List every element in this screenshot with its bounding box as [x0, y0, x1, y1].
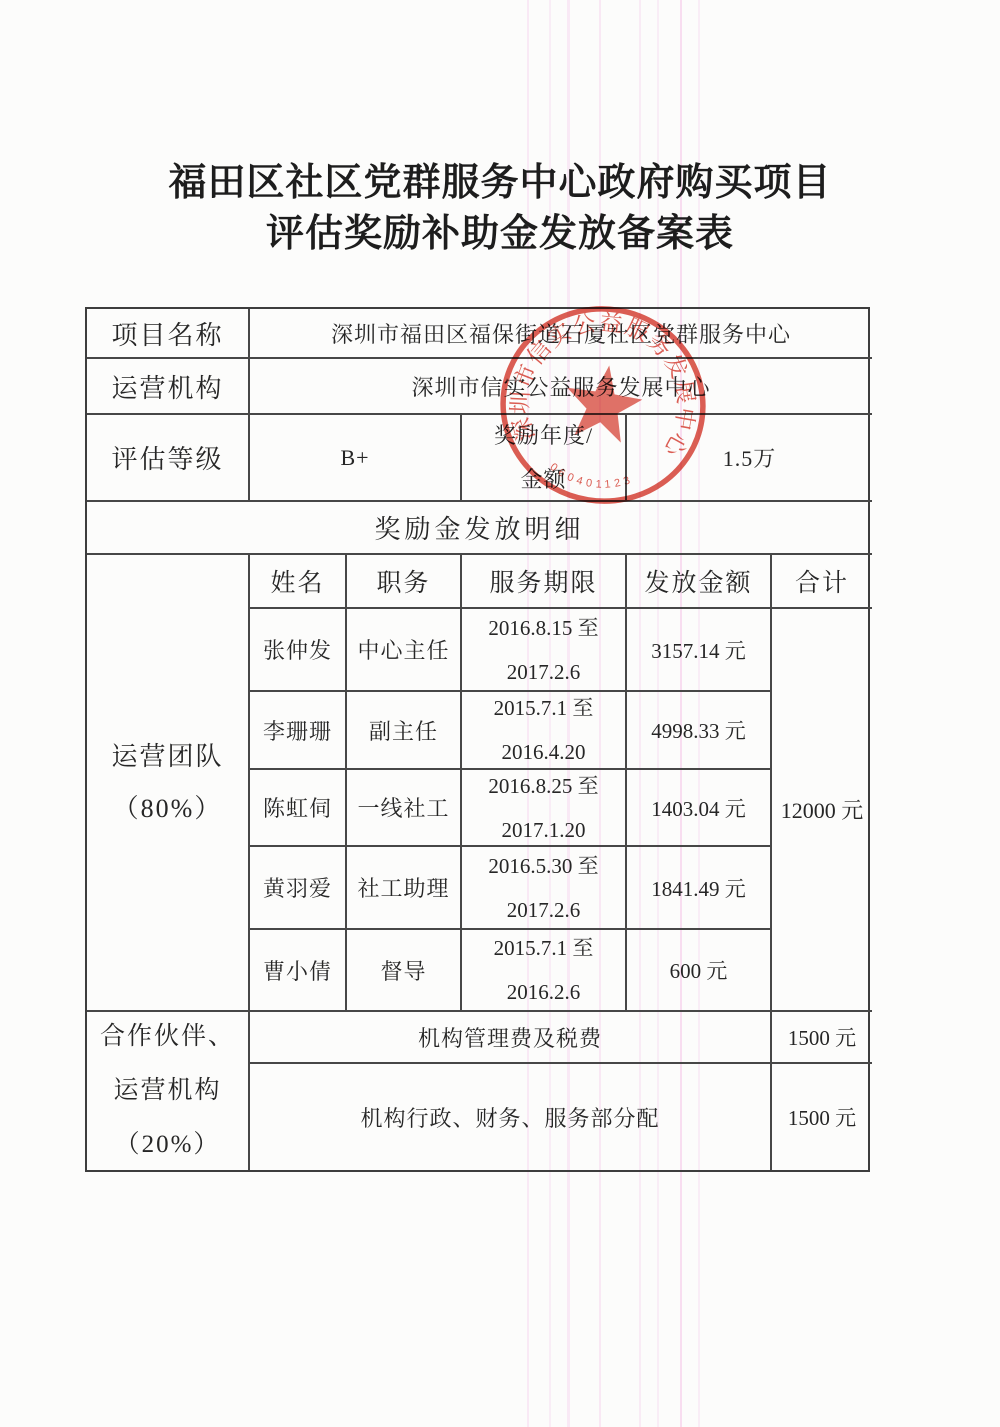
team-group-label: 运营团队 （80%） [87, 555, 250, 1012]
period-start: 2016.8.15 至 [488, 609, 598, 650]
grade-value: B+ [250, 415, 462, 502]
period-start: 2016.8.25 至 [488, 770, 598, 808]
period-end: 2016.4.20 [502, 730, 586, 770]
operator-value: 深圳市信实公益服务发展中心 [250, 359, 872, 415]
column-header-position: 职务 [347, 555, 462, 609]
table-cell-period: 2016.8.15 至 2017.2.6 [462, 609, 627, 692]
record-form-table: 项目名称 深圳市福田区福保街道石厦社区党群服务中心 运营机构 深圳市信实公益服务… [85, 307, 870, 1172]
team-group-line2: （80%） [113, 783, 223, 835]
partner-item: 机构管理费及税费 [250, 1012, 772, 1064]
reward-label-line1: 奖励年度/ [494, 415, 593, 458]
document-title-line2: 评估奖励补助金发放备案表 [0, 209, 1000, 260]
operator-label: 运营机构 [87, 359, 250, 415]
team-total-value: 12000 元 [772, 609, 872, 1012]
table-cell-period: 2016.5.30 至 2017.2.6 [462, 847, 627, 930]
period-end: 2017.1.20 [502, 808, 586, 848]
table-cell-position: 中心主任 [347, 609, 462, 692]
period-end: 2016.2.6 [507, 970, 581, 1012]
scanned-document-page: 福田区社区党群服务中心政府购买项目 评估奖励补助金发放备案表 项目名称 深圳市福… [0, 0, 1000, 1427]
column-header-name: 姓名 [250, 555, 347, 609]
table-cell-amount: 4998.33 元 [627, 692, 772, 770]
table-cell-amount: 1403.04 元 [627, 770, 772, 847]
table-cell-position: 一线社工 [347, 770, 462, 847]
partner-item: 机构行政、财务、服务部分配 [250, 1064, 772, 1170]
table-cell-name: 张仲发 [250, 609, 347, 692]
project-name-label: 项目名称 [87, 309, 250, 359]
section-title: 奖励金发放明细 [87, 502, 872, 555]
partner-group-line2: 运营机构 [113, 1064, 221, 1118]
grade-label: 评估等级 [87, 415, 250, 502]
document-title-line1: 福田区社区党群服务中心政府购买项目 [0, 158, 1000, 209]
period-end: 2017.2.6 [507, 650, 581, 693]
team-group-line1: 运营团队 [111, 731, 223, 783]
column-header-total: 合计 [772, 555, 872, 609]
reward-amount-value: 1.5万 [627, 415, 872, 502]
period-start: 2015.7.1 至 [494, 692, 594, 730]
column-header-amount: 发放金额 [627, 555, 772, 609]
table-cell-name: 李珊珊 [250, 692, 347, 770]
table-cell-amount: 1841.49 元 [627, 847, 772, 930]
document-title: 福田区社区党群服务中心政府购买项目 评估奖励补助金发放备案表 [0, 158, 1000, 260]
table-cell-period: 2016.8.25 至 2017.1.20 [462, 770, 627, 847]
reward-year-amount-label: 奖励年度/ 金额 [462, 415, 627, 502]
table-cell-period: 2015.7.1 至 2016.2.6 [462, 930, 627, 1012]
project-name-value: 深圳市福田区福保街道石厦社区党群服务中心 [250, 309, 872, 359]
table-cell-position: 督导 [347, 930, 462, 1012]
partner-amount: 1500 元 [772, 1012, 872, 1064]
table-cell-position: 社工助理 [347, 847, 462, 930]
partner-group-line3: （20%） [115, 1118, 221, 1170]
column-header-period: 服务期限 [462, 555, 627, 609]
table-cell-name: 陈虹伺 [250, 770, 347, 847]
period-end: 2017.2.6 [507, 888, 581, 931]
table-cell-position: 副主任 [347, 692, 462, 770]
table-cell-amount: 600 元 [627, 930, 772, 1012]
partner-group-label: 合作伙伴、 运营机构 （20%） [87, 1012, 250, 1170]
period-start: 2016.5.30 至 [488, 847, 598, 888]
table-cell-name: 曹小倩 [250, 930, 347, 1012]
period-start: 2015.7.1 至 [494, 930, 594, 970]
partner-amount: 1500 元 [772, 1064, 872, 1170]
partner-group-line1: 合作伙伴、 [100, 1012, 235, 1064]
table-cell-period: 2015.7.1 至 2016.4.20 [462, 692, 627, 770]
reward-label-line2: 金额 [520, 458, 566, 502]
table-cell-name: 黄羽爱 [250, 847, 347, 930]
table-cell-amount: 3157.14 元 [627, 609, 772, 692]
